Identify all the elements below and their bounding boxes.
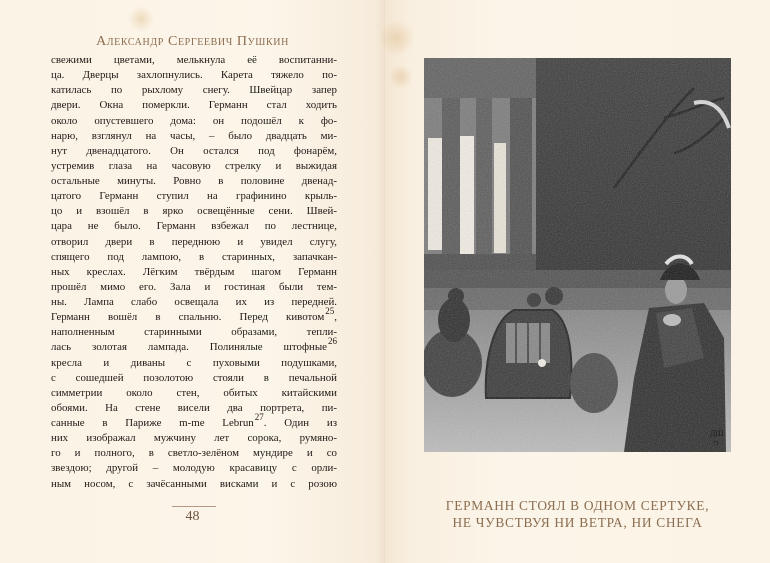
text-line-content: отворил двери в переднюю и увидел слугу, (51, 236, 337, 248)
body-text: свежими цветами, мелькнула её воспитанни… (51, 53, 337, 492)
text-line-content: симметрии около стен, обитых китайскими (51, 387, 337, 399)
text-line: го и полного, в светло-зелёном мундире и… (51, 446, 337, 461)
text-line-tail: . Один из (264, 417, 337, 429)
text-line-content: с сошедшей позолотою стояли в печальной (51, 372, 337, 384)
text-line: ных креслах. Лёгким твёрдым шагом Герман… (51, 265, 337, 280)
artist-signature: ДШ (710, 429, 724, 438)
footnote-marker[interactable]: 25 (325, 306, 334, 316)
text-line: ным носом, с зачёсанными висками и с роз… (51, 477, 337, 492)
text-line-content: спящего под лампою, в старинных, запачка… (51, 251, 337, 263)
text-line: нут двенадцатого. Он остался под фонарём… (51, 144, 337, 159)
text-line: цара не было. Германн взбежал по лестниц… (51, 219, 337, 234)
text-line: цо и взошёл в ярко освещённые сени. Швей… (51, 204, 337, 219)
text-line: санные в Париже m-me Lebrun27. Один из (51, 416, 337, 431)
text-line-content: цатого Германн ступил на графинино крыль… (51, 190, 337, 202)
text-line: звездою; другой – молодую красавицу с ор… (51, 461, 337, 476)
illustration-caption: ГЕРМАНН СТОЯЛ В ОДНОМ СЕРТУКЕ, НЕ ЧУВСТВ… (424, 497, 731, 531)
text-line: кресла и диваны с пуховыми подушками, (51, 356, 337, 371)
folio-rule (172, 506, 216, 507)
text-line: около опустевшего дома: он подошёл к фо- (51, 114, 337, 129)
text-line: них изображал мужчину лет сорока, румяно… (51, 431, 337, 446)
footnote-marker[interactable]: 27 (255, 412, 264, 422)
text-line: катилась по рыхлому снегу. Швейцар запер (51, 83, 337, 98)
caption-line-2: НЕ ЧУВСТВУЯ НИ ВЕТРА, НИ СНЕГА (424, 514, 731, 531)
text-line-content: кресла и диваны с пуховыми подушками, (51, 357, 337, 369)
text-line: остальные минуты. Ровно в половине двена… (51, 174, 337, 189)
text-line-content: цо и взошёл в ярко освещённые сени. Швей… (51, 205, 337, 217)
text-line: прошёл мимо его. Зала и гостиная были те… (51, 280, 337, 295)
text-line-content: остальные минуты. Ровно в половине двена… (51, 175, 337, 187)
text-line-content: свежими цветами, мелькнула её воспитанни… (51, 54, 337, 66)
text-line-content: них изображал мужчину лет сорока, румяно… (51, 432, 337, 444)
text-line: симметрии около стен, обитых китайскими (51, 386, 337, 401)
text-line-content: ным носом, с зачёсанными висками и с роз… (51, 478, 337, 490)
paper-stain (128, 6, 154, 32)
text-line-content: прошёл мимо его. Зала и гостиная были те… (51, 281, 337, 293)
running-head: Александр Сергеевич Пушкин (0, 34, 385, 50)
left-page: Александр Сергеевич Пушкин свежими цвета… (0, 0, 385, 563)
text-line: двери. Окна померкли. Германн стал ходит… (51, 98, 337, 113)
text-line: свежими цветами, мелькнула её воспитанни… (51, 53, 337, 68)
text-line-content: около опустевшего дома: он подошёл к фо- (51, 115, 337, 127)
text-line-content: двери. Окна померкли. Германн стал ходит… (51, 99, 337, 111)
text-line-content: ны. Лампа слабо освещала их из передней. (51, 296, 337, 308)
text-line: цатого Германн ступил на графинино крыль… (51, 189, 337, 204)
text-line-content: ца. Дверцы захлопнулись. Карета тяжело п… (51, 69, 337, 81)
text-line-tail: , (334, 311, 337, 323)
illustration-drawing: ДШ 71 (424, 58, 731, 452)
text-line-content: обоями. На стене висели два портрета, пи… (51, 402, 337, 414)
svg-text:71: 71 (713, 441, 719, 447)
text-line-content: устремив глаза на часовую стрелку и выжи… (51, 160, 337, 172)
text-line: отворил двери в переднюю и увидел слугу, (51, 235, 337, 250)
paper-stain (391, 62, 411, 92)
text-line: обоями. На стене висели два портрета, пи… (51, 401, 337, 416)
text-line: устремив глаза на часовую стрелку и выжи… (51, 159, 337, 174)
text-line-content: лась золотая лампада. Полинялые штофные (51, 341, 327, 353)
paper-stain (380, 18, 414, 58)
text-line: лась золотая лампада. Полинялые штофные2… (51, 340, 337, 355)
text-line: наполненным старинными образами, тепли- (51, 325, 337, 340)
footnote-marker[interactable]: 26 (328, 336, 337, 346)
text-line: ца. Дверцы захлопнулись. Карета тяжело п… (51, 68, 337, 83)
page-number: 48 (0, 509, 385, 525)
text-line: нарю, взглянул на часы, – было двадцать … (51, 129, 337, 144)
text-line-content: нарю, взглянул на часы, – было двадцать … (51, 130, 337, 142)
text-line-content: Германн вошёл в спальню. Перед кивотом (51, 311, 324, 323)
text-line-content: наполненным старинными образами, тепли- (51, 326, 337, 338)
text-line: спящего под лампою, в старинных, запачка… (51, 250, 337, 265)
text-line-content: ных креслах. Лёгким твёрдым шагом Герман… (51, 266, 337, 278)
book-spread: Александр Сергеевич Пушкин свежими цвета… (0, 0, 770, 563)
text-line-content: санные в Париже m-me Lebrun (51, 417, 254, 429)
text-line-content: катилась по рыхлому снегу. Швейцар запер (51, 84, 337, 96)
text-line-content: нут двенадцатого. Он остался под фонарём… (51, 145, 337, 157)
caption-line-1: ГЕРМАНН СТОЯЛ В ОДНОМ СЕРТУКЕ, (424, 497, 731, 514)
text-line: ны. Лампа слабо освещала их из передней. (51, 295, 337, 310)
text-line: Германн вошёл в спальню. Перед кивотом25… (51, 310, 337, 325)
text-line-content: цара не было. Германн взбежал по лестниц… (51, 220, 337, 232)
text-line: с сошедшей позолотою стояли в печальной (51, 371, 337, 386)
text-line-content: го и полного, в светло-зелёном мундире и… (51, 447, 337, 459)
text-line-content: звездою; другой – молодую красавицу с ор… (51, 462, 337, 474)
illustration: ДШ 71 (424, 58, 731, 452)
